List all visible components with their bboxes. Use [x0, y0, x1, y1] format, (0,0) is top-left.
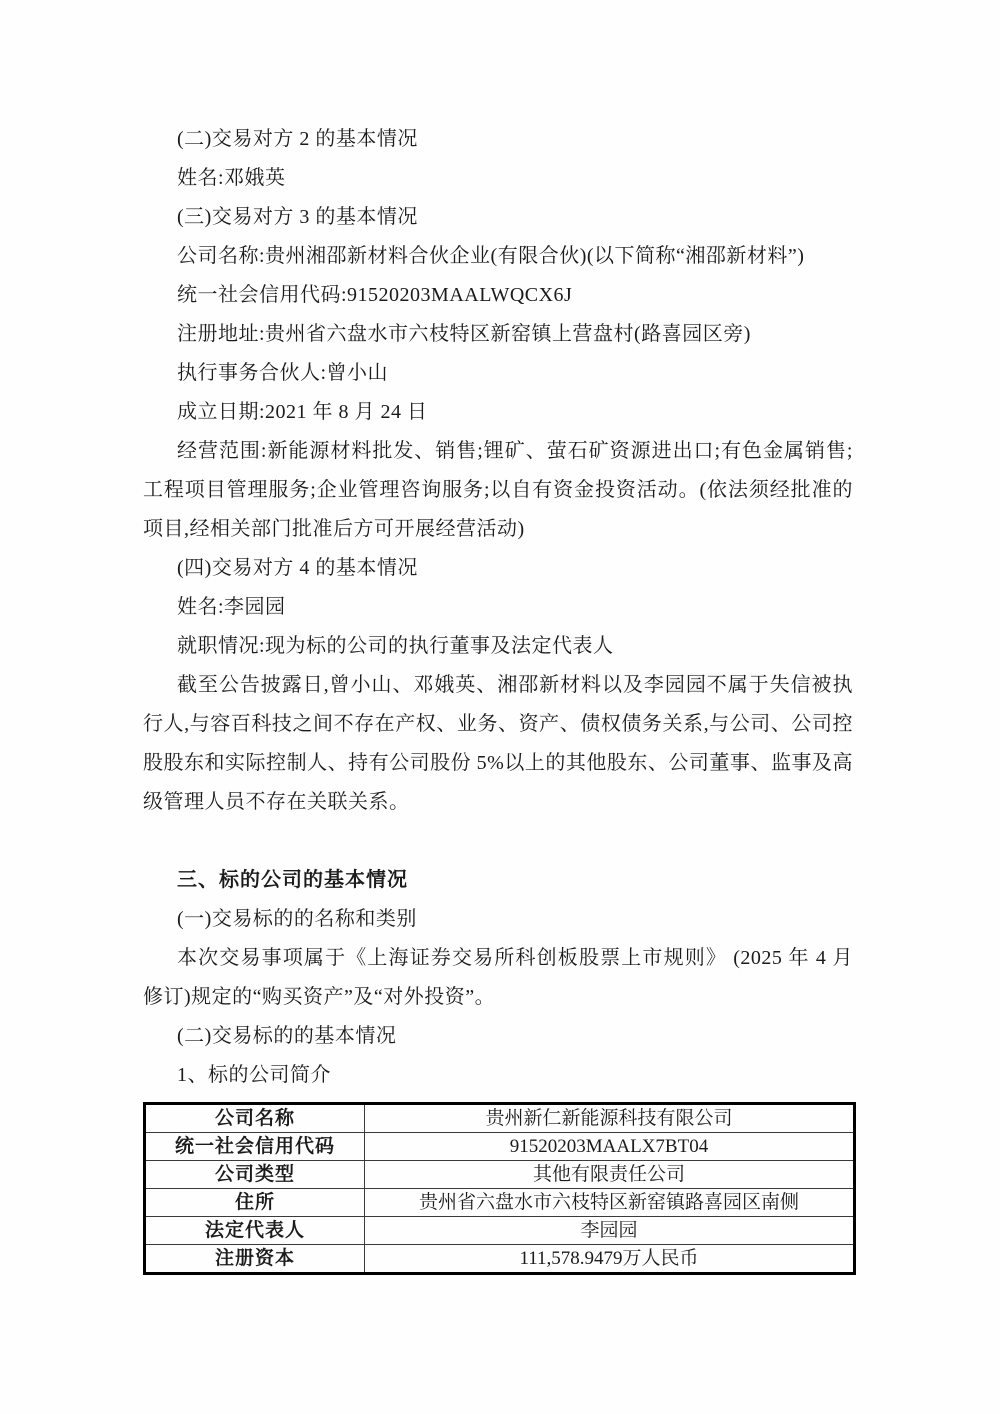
row-label-registered-capital: 注册资本	[145, 1245, 365, 1274]
paragraph-target-name-category: (一)交易标的的名称和类别	[143, 900, 853, 939]
section-heading-target-company: 三、标的公司的基本情况	[143, 861, 853, 900]
paragraph-registered-address: 注册地址:贵州省六盘水市六枝特区新窑镇上营盘村(路喜园区旁)	[143, 315, 853, 354]
paragraph-executive-partner: 执行事务合伙人:曾小山	[143, 354, 853, 393]
row-label-legal-representative: 法定代表人	[145, 1217, 365, 1245]
paragraph-relationship-statement: 截至公告披露日,曾小山、邓娥英、湘邵新材料以及李园园不属于失信被执行人,与容百科…	[143, 666, 853, 822]
paragraph-company-profile-label: 1、标的公司简介	[143, 1056, 853, 1095]
row-value-registered-capital: 111,578.9479万人民币	[365, 1245, 855, 1274]
paragraph-counterparty2-name: 姓名:邓娥英	[143, 159, 853, 198]
table-row-residence: 住所 贵州省六盘水市六枝特区新窑镇路喜园区南侧	[145, 1189, 855, 1217]
paragraph-counterparty4-name: 姓名:李园园	[143, 588, 853, 627]
paragraph-establish-date: 成立日期:2021 年 8 月 24 日	[143, 393, 853, 432]
row-label-company-type: 公司类型	[145, 1161, 365, 1189]
company-info-table: 公司名称 贵州新仁新能源科技有限公司 统一社会信用代码 91520203MAAL…	[143, 1102, 856, 1275]
row-label-residence: 住所	[145, 1189, 365, 1217]
paragraph-business-scope: 经营范围:新能源材料批发、销售;锂矿、萤石矿资源进出口;有色金属销售;工程项目管…	[143, 432, 853, 549]
row-value-company-type: 其他有限责任公司	[365, 1161, 855, 1189]
row-label-credit-code: 统一社会信用代码	[145, 1133, 365, 1161]
table-row-legal-representative: 法定代表人 李园园	[145, 1217, 855, 1245]
paragraph-counterparty2-heading: (二)交易对方 2 的基本情况	[143, 120, 853, 159]
table-row-company-type: 公司类型 其他有限责任公司	[145, 1161, 855, 1189]
table-row-credit-code: 统一社会信用代码 91520203MAALX7BT04	[145, 1133, 855, 1161]
row-label-company-name: 公司名称	[145, 1104, 365, 1133]
document-content: (二)交易对方 2 的基本情况 姓名:邓娥英 (三)交易对方 3 的基本情况 公…	[143, 120, 853, 1275]
row-value-credit-code: 91520203MAALX7BT04	[365, 1133, 855, 1161]
table-row-registered-capital: 注册资本 111,578.9479万人民币	[145, 1245, 855, 1274]
row-value-company-name: 贵州新仁新能源科技有限公司	[365, 1104, 855, 1133]
paragraph-company-name: 公司名称:贵州湘邵新材料合伙企业(有限合伙)(以下简称“湘邵新材料”)	[143, 237, 853, 276]
row-value-legal-representative: 李园园	[365, 1217, 855, 1245]
row-value-residence: 贵州省六盘水市六枝特区新窑镇路喜园区南侧	[365, 1189, 855, 1217]
paragraph-employment-status: 就职情况:现为标的公司的执行董事及法定代表人	[143, 627, 853, 666]
paragraph-counterparty3-heading: (三)交易对方 3 的基本情况	[143, 198, 853, 237]
paragraph-transaction-rules: 本次交易事项属于《上海证券交易所科创板股票上市规则》 (2025 年 4 月修订…	[143, 939, 853, 1017]
document-page: (二)交易对方 2 的基本情况 姓名:邓娥英 (三)交易对方 3 的基本情况 公…	[0, 0, 1000, 1414]
paragraph-credit-code: 统一社会信用代码:91520203MAALWQCX6J	[143, 276, 853, 315]
paragraph-target-basic-info: (二)交易标的的基本情况	[143, 1017, 853, 1056]
table-row-company-name: 公司名称 贵州新仁新能源科技有限公司	[145, 1104, 855, 1133]
paragraph-counterparty4-heading: (四)交易对方 4 的基本情况	[143, 549, 853, 588]
